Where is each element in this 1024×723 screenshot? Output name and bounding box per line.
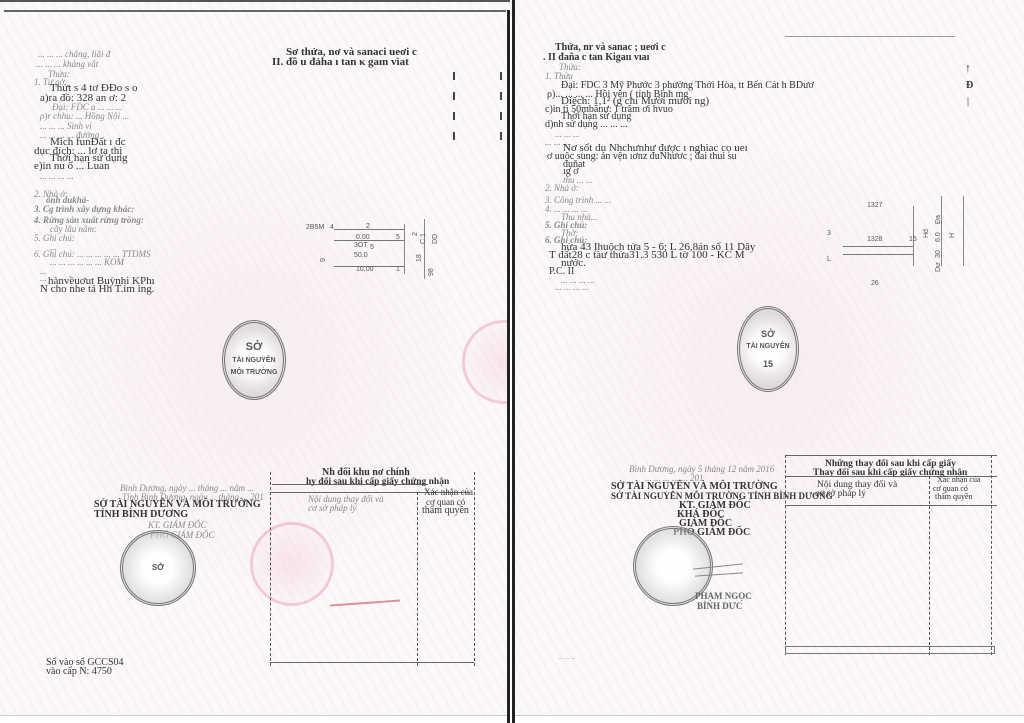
right-note-line-6: ... ... ... ... (555, 281, 589, 293)
right-item-2: 2. Nhà ở: (545, 182, 579, 194)
red-signature-seal (250, 522, 334, 606)
right-plot-diagram: 1327 1328 26 3 15 L Đa 6.0 30 Dư Hd H (823, 196, 973, 286)
left-edge-marks (500, 72, 504, 152)
left-government-seal: SỞ TÀI NGUYÊN MÔI TRƯỜNG (222, 320, 286, 400)
changes-table-bottom (785, 646, 995, 654)
left-changes-col1-2: cơ sở pháp lý (308, 502, 356, 514)
item-6-detail: ... ... ... ... ... ... KOM (50, 256, 124, 268)
right-margin-mark: Đ (966, 80, 973, 92)
right-government-seal: SỞ TÀI NGUYÊN 15 (737, 306, 799, 392)
signature-stroke (330, 600, 400, 607)
left-margin-marks (453, 72, 457, 152)
left-header-line-2: II. đồ u đảha ı tan κ gaɪn viat (272, 56, 409, 68)
right-margin-mark: | (967, 96, 969, 108)
certificate-left-page: Sơ thửa, nơ và sanaci ueơi c II. đồ u đả… (0, 0, 510, 723)
register-entry-number: vào cấp N: 4750 (46, 666, 112, 678)
signer-name-2: BÌNH DƯC (697, 600, 742, 612)
left-signature-seal: SỞ (120, 530, 196, 606)
certificate-right-page: Thửa, nr và sanac ; ueơi c . II đaña c t… (512, 0, 1024, 723)
left-plot-diagram: 2B5M 4 2 0.00 5 3OT 5 50.0 10.00 1 9 2 1… (304, 214, 434, 284)
right-footer-note: ... ... ... (559, 652, 576, 664)
left-changes-col2-3: thẩm quyền (422, 505, 469, 517)
right-margin-arrow: ↑ (965, 62, 971, 74)
right-changes-col2-3: thẩm quyền (935, 491, 973, 503)
top-border-rule (4, 10, 506, 12)
left-info-line: ... ... ... ... (40, 170, 74, 182)
red-watermark-seal (462, 320, 510, 404)
right-changes-col1-2: cơ sở pháp lý (815, 488, 866, 500)
owner-note-line: N cho nhe tả Hh T.im ing. (40, 283, 154, 295)
